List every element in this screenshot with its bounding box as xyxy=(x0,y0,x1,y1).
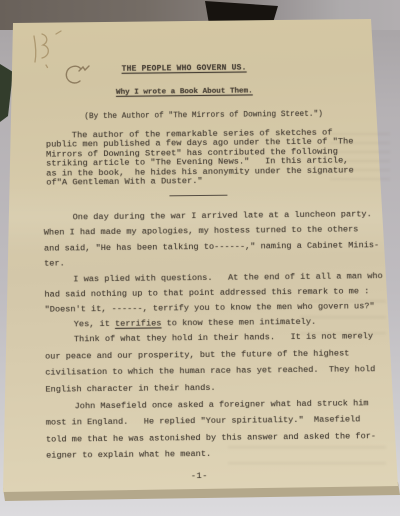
typed-line: civilisation to which the human race has… xyxy=(45,361,375,381)
byline: (By the Author of "The Mirrors of Downin… xyxy=(39,110,369,121)
body-paragraph: I was plied with questions. At the end o… xyxy=(44,269,374,303)
pencil-curl-arrow-mark xyxy=(57,60,95,94)
typed-divider-rule xyxy=(169,195,227,197)
photo-of-typed-document: { "document": { "title": "THE PEOPLE WHO… xyxy=(0,0,400,516)
page-number: -1- xyxy=(2,469,396,483)
page-subtitle: Why I wrote a Book About Them. xyxy=(101,87,267,97)
body-paragraph: One day during the war I arrived late at… xyxy=(44,207,375,272)
page-title: THE PEOPLE WHO GOVERN US. xyxy=(101,63,267,74)
body-paragraph: Think of what they hold in their hands. … xyxy=(45,328,376,398)
intro-paragraph: The author of the remarkable series of s… xyxy=(46,128,373,188)
typed-text: Yes, it xyxy=(74,319,115,329)
typed-text: to know these men intimately. xyxy=(161,317,316,329)
typed-line: told me that he was astonished by this a… xyxy=(46,428,376,448)
underlined-word: terrifies xyxy=(115,318,162,328)
typed-line: eigner to explain what he meant. xyxy=(46,444,376,464)
body-paragraph: John Masefield once asked a foreigner wh… xyxy=(46,395,377,464)
typed-line: of"A Gentleman With a Duster." xyxy=(46,175,372,188)
